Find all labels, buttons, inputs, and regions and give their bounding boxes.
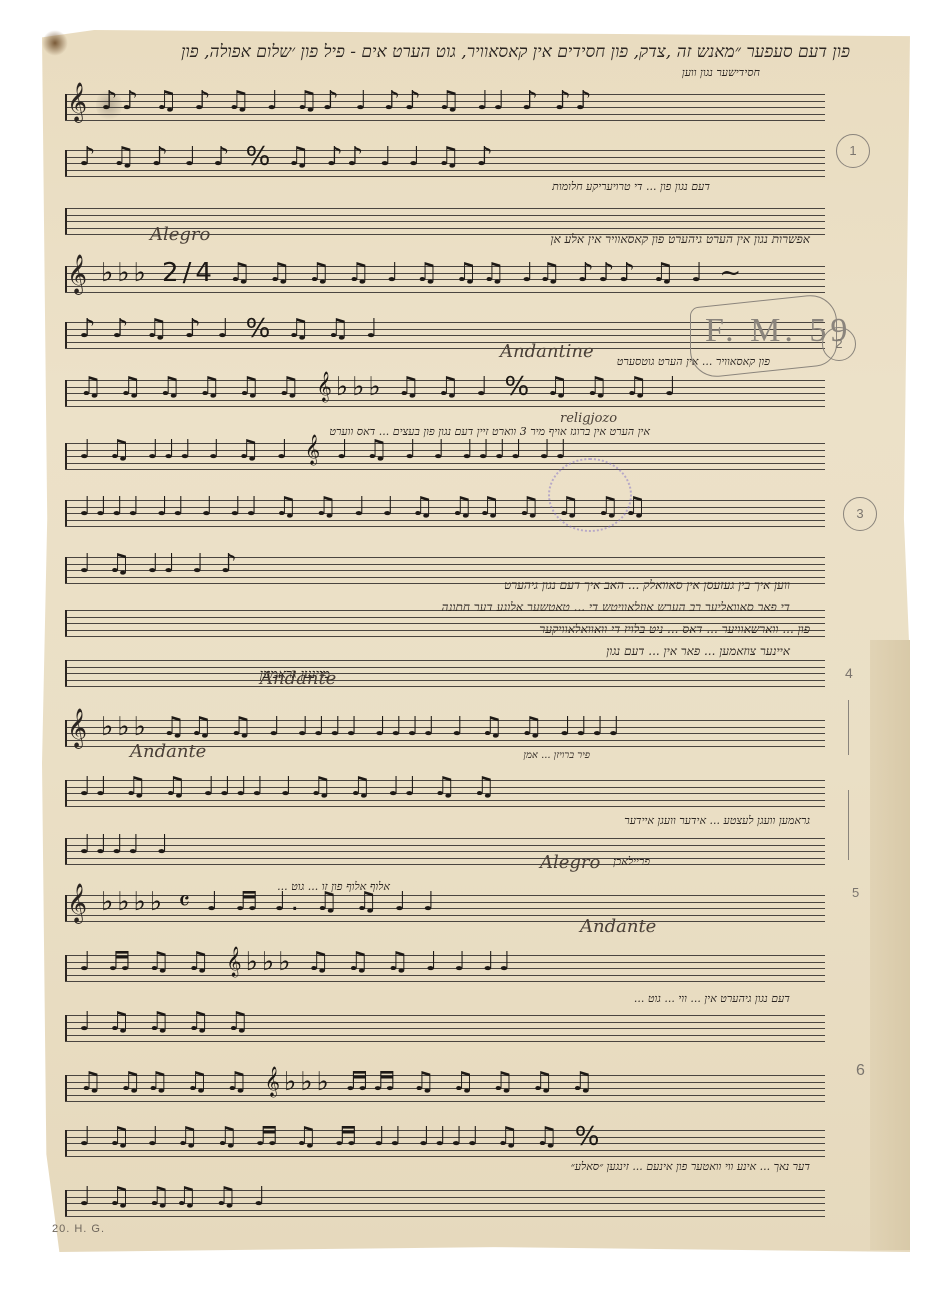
staff: ♩ ♬ ♫ ♫ 𝄞♭♭♭ ♫ ♫ ♫ ♩ ♩ ♩♩ [65, 955, 825, 981]
barline [65, 895, 67, 921]
staff-line [65, 858, 825, 859]
library-stamp [548, 458, 632, 532]
notes: ♩♩ ♫ ♫ ♩♩♩♩ ♩ ♫ ♫ ♩♩ ♫ ♫ [79, 772, 500, 802]
staff: ♩ ♫ ♫ ♫ ♫ [65, 1015, 825, 1041]
barline [65, 1015, 67, 1041]
header-line: פון דעם סעפער ״מאנש זה ,צדק, פון חסידים … [181, 42, 850, 62]
staff: ♩♩ ♫ ♫ ♩♩♩♩ ♩ ♫ ♫ ♩♩ ♫ ♫ [65, 780, 825, 806]
staff-line [65, 526, 825, 527]
lyric-line: פון ... ווארשאוויער ... דאס ... ניט בלוי… [539, 622, 810, 637]
lyric-line: דער נאך ... אינע ווי וואטער פון אינעם ..… [571, 1160, 810, 1173]
staff: 𝄞♪♪ ♫ ♪ ♫ ♩ ♫♪ ♩ ♪♪ ♫ ♩♩ ♪ ♪♪ [65, 94, 825, 120]
pencil-arrow-up [848, 790, 849, 860]
staff-line [65, 292, 825, 293]
staff-line [65, 469, 825, 470]
staff-line [65, 981, 825, 982]
barline [65, 500, 67, 526]
pencil-arrow-down [848, 700, 849, 755]
notes: ♩ ♫ ♩♩♩ ♩ ♫ ♩ 𝄞 ♩ ♫ ♩ ♩ ♩♩♩♩ ♩♩ [79, 435, 571, 466]
staff-line [65, 851, 825, 852]
barline [65, 150, 67, 176]
notes: ♭♭♭ 2/4 ♫ ♫ ♫ ♫ ♩ ♫ ♫♫ ♩♫ ♪♪♪ ♫ ♩ ~ [101, 258, 745, 288]
staff-line [65, 673, 825, 674]
notes: ♫ ♫♫ ♫ ♫ 𝄞♭♭♭ ♬♬ ♫ ♫ ♫ ♫ ♫ [79, 1067, 598, 1098]
margin-mark-5: 5 [852, 885, 859, 900]
staff-line [65, 806, 825, 807]
notes: ♩ ♫ ♫ ♫ ♫ [79, 1007, 254, 1037]
staff-line [65, 215, 825, 216]
lyric-line: אפשרות נגון אין הערט גיהערט פון קאסאוויר… [550, 232, 810, 247]
notes: ♩ ♬ ♫ ♫ 𝄞♭♭♭ ♫ ♫ ♫ ♩ ♩ ♩♩ [79, 947, 515, 978]
treble-clef-icon: 𝄞 [67, 82, 87, 122]
tempo-marking: Andantine [500, 341, 594, 362]
lyric-line: די פאר סאוואליער רב הערש אוזלאוויטש די .… [442, 600, 790, 615]
staff-line [65, 921, 825, 922]
staff-line [65, 660, 825, 661]
paper-fold [870, 640, 910, 1250]
treble-clef-icon: 𝄞 [67, 254, 87, 294]
lyric-line: ווען איך בין געזעסן אין סאוואלק ... האב … [504, 578, 790, 593]
staff: ♩ ♫ ♫♫ ♫ ♩ [65, 1190, 825, 1216]
tempo-marking: Andante [580, 916, 656, 937]
staff: ♩ ♫ ♩ ♫ ♫ ♬ ♫ ♬ ♩♩ ♩♩♩♩ ♫ ♫ % [65, 1130, 825, 1156]
tempo-marking: Andante [130, 741, 206, 762]
barline [65, 780, 67, 806]
notes: ♪ ♫ ♪ ♩ ♪ % ♫ ♪♪ ♩ ♩ ♫ ♪ [79, 142, 497, 172]
staff: ♩♩♩♩ ♩♩ ♩ ♩♩ ♫ ♫ ♩ ♩ ♫ ♫♫ ♫ ♫ ♫♫ [65, 500, 825, 526]
barline [65, 1075, 67, 1101]
lyric-line: חסידישער נגון ווען [682, 66, 760, 79]
margin-mark-6: 6 [856, 1062, 865, 1080]
lyric-line: אין הערט אין ברוגז אויף מיר 3 ווארט זיין… [329, 425, 650, 438]
tempo-marking: Alegro [540, 852, 600, 873]
staff-line [65, 686, 825, 687]
lyric-line: פיר ברויזן ... אמן [523, 750, 590, 761]
lyric-line: איינער צוזאמען ... פאר אין ... דעם נגון [606, 644, 790, 659]
staff-line [65, 617, 825, 618]
barline [65, 955, 67, 981]
staff-line [65, 1156, 825, 1157]
staff: 𝄞♭♭♭ 2/4 ♫ ♫ ♫ ♫ ♩ ♫ ♫♫ ♩♫ ♪♪♪ ♫ ♩ ~ [65, 266, 825, 292]
staff-line [65, 838, 825, 839]
barline [65, 94, 67, 120]
barline [65, 443, 67, 469]
lyric-line: מיינען גראמען [260, 666, 330, 682]
footer-mark: 20. H. G. [52, 1223, 105, 1235]
section-number-2: 2 [822, 327, 856, 361]
staff-line [65, 1216, 825, 1217]
treble-clef-icon: 𝄞 [67, 708, 87, 748]
staff: ♫ ♫ ♫ ♫ ♫ ♫ 𝄞♭♭♭ ♫ ♫ ♩ % ♫ ♫ ♫ ♩ [65, 380, 825, 406]
lyric-line: אלוף אלוף פון זו ... גוט ... [277, 880, 390, 893]
barline [65, 1190, 67, 1216]
staff [65, 660, 825, 686]
notes: ♩ ♫ ♫♫ ♫ ♩ [79, 1182, 270, 1212]
notes: ♩ ♫ ♩ ♫ ♫ ♬ ♫ ♬ ♩♩ ♩♩♩♩ ♫ ♫ % [79, 1122, 603, 1152]
lyric-line: פריילאכן [613, 855, 650, 868]
barline [65, 208, 67, 234]
section-number-1: 1 [836, 134, 870, 168]
tempo-marking: Alegro [150, 224, 210, 245]
staff: ♩ ♫ ♩♩♩ ♩ ♫ ♩ 𝄞 ♩ ♫ ♩ ♩ ♩♩♩♩ ♩♩ [65, 443, 825, 469]
staff-line [65, 176, 825, 177]
notes: ♩ ♫ ♩♩ ♩ ♪ [79, 549, 241, 579]
treble-clef-icon: 𝄞 [67, 883, 87, 923]
notes: ♫ ♫ ♫ ♫ ♫ ♫ 𝄞♭♭♭ ♫ ♫ ♩ % ♫ ♫ ♫ ♩ [79, 372, 681, 403]
notes: ♪♪ ♫ ♪ ♫ ♩ ♫♪ ♩ ♪♪ ♫ ♩♩ ♪ ♪♪ [101, 86, 596, 116]
notes: ♪ ♪ ♫ ♪ ♩ % ♫ ♫ ♩ [79, 314, 382, 344]
section-number-3: 3 [843, 497, 877, 531]
barline [65, 380, 67, 406]
corner-stain [42, 30, 68, 56]
barline [65, 322, 67, 348]
staff-line [65, 845, 825, 846]
staff-line [65, 208, 825, 209]
barline [65, 610, 67, 636]
notes: ♩♩♩♩ ♩ [79, 830, 173, 860]
barline [65, 1130, 67, 1156]
barline [65, 720, 67, 746]
lyric-line: דעם נגון גיהערט אין ... ווי ... גוט ... [634, 992, 790, 1005]
staff-line [65, 680, 825, 681]
staff-line [65, 406, 825, 407]
barline [65, 838, 67, 864]
staff-line [65, 667, 825, 668]
margin-mark-4: 4 [845, 665, 853, 681]
lyric-line: גראמען וועגן לעצטע ... אידער וועגן איידע… [624, 814, 810, 827]
staff-line [65, 221, 825, 222]
staff-line [65, 1101, 825, 1102]
staff: 𝄞♭♭♭♭ 𝄴 ♩ ♬ ♩. ♫ ♫ ♩ ♩ [65, 895, 825, 921]
staff-line [65, 1041, 825, 1042]
staff-line [65, 864, 825, 865]
notes: ♭♭♭ ♫♫ ♫ ♩ ♩♩♩♩ ♩♩♩♩ ♩ ♫ ♫ ♩♩♩♩ [101, 712, 624, 742]
staff: ♫ ♫♫ ♫ ♫ 𝄞♭♭♭ ♬♬ ♫ ♫ ♫ ♫ ♫ [65, 1075, 825, 1101]
staff: ♪ ♫ ♪ ♩ ♪ % ♫ ♪♪ ♩ ♩ ♫ ♪ [65, 150, 825, 176]
tempo-marking: religjozo [560, 411, 617, 426]
staff-line [65, 120, 825, 121]
barline [65, 266, 67, 292]
staff: ♩♩♩♩ ♩ [65, 838, 825, 864]
barline [65, 660, 67, 686]
barline [65, 557, 67, 583]
lyric-line: דעם נגון פון ... די טרויעריקע חלומות [552, 180, 710, 193]
